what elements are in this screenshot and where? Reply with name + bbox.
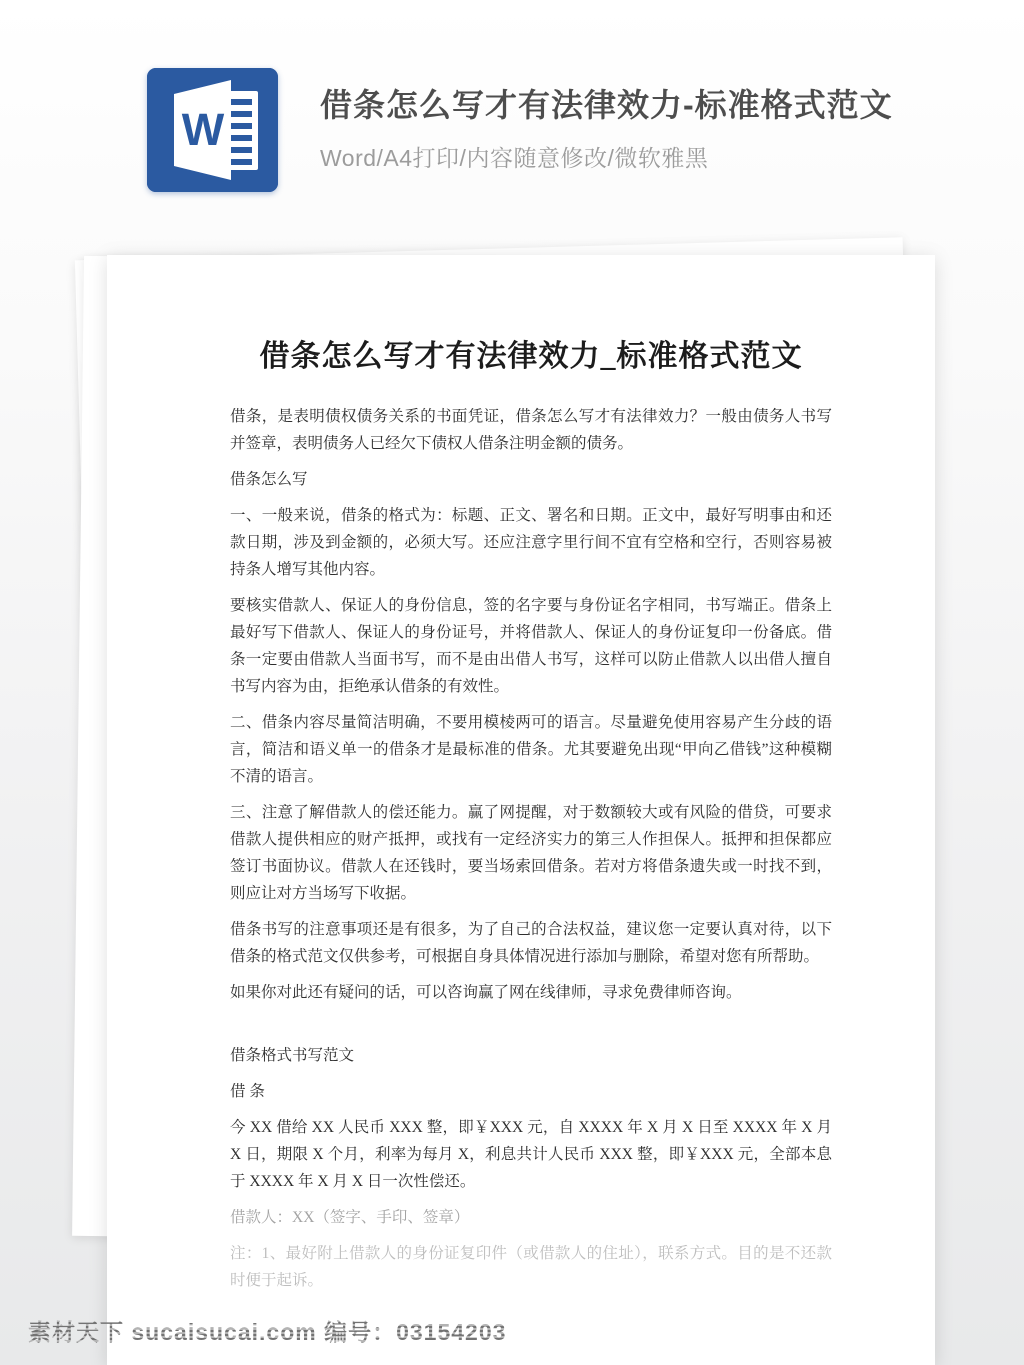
document-paragraph-note-line: 注：1、最好附上借款人的身份证复印件（或借款人的住址），联系方式。目的是不还款时… bbox=[230, 1240, 832, 1294]
document-paragraph-point-2: 二、借条内容尽量简洁明确，不要用模棱两可的语言。尽量避免使用容易产生分歧的语言，… bbox=[230, 709, 832, 790]
document-paragraph-point-3: 三、注意了解借款人的偿还能力。赢了网提醒，对于数额较大或有风险的借贷，可要求借款… bbox=[230, 799, 832, 907]
word-logo-graphic: W bbox=[147, 68, 278, 192]
document-paragraph-iou-body: 今 XX 借给 XX 人民币 XXX 整，即￥XXX 元，自 XXXX 年 X … bbox=[230, 1114, 832, 1195]
document-paragraph-verify-identity: 要核实借款人、保证人的身份信息，签的名字要与身份证名字相同，书写端正。借条上最好… bbox=[230, 592, 832, 700]
header: W 借条怎么写才有法律效力-标准格式范文 Word/A4打印/内容随意修改/微软… bbox=[147, 68, 893, 192]
document-title: 借条怎么写才有法律效力_标准格式范文 bbox=[230, 337, 832, 377]
page-title: 借条怎么写才有法律效力-标准格式范文 bbox=[320, 86, 893, 124]
watermark-footer: 素材天下 sucaisucai.com 编号：03154203 bbox=[28, 1314, 506, 1347]
document-paragraph-borrower-line: 借款人：XX（签字、手印、签章） bbox=[230, 1204, 832, 1231]
document-paragraph-notes: 借条书写的注意事项还是有很多，为了自己的合法权益，建议您一定要认真对待，以下借条… bbox=[230, 916, 832, 970]
word-icon-letter: W bbox=[182, 104, 225, 155]
document-paragraph-point-1: 一、一般来说，借条的格式为：标题、正文、署名和日期。正文中，最好写明事由和还款日… bbox=[230, 502, 832, 583]
document-paragraph-intro: 借条，是表明债权债务关系的书面凭证，借条怎么写才有法律效力？一般由债务人书写并签… bbox=[230, 403, 832, 457]
document-sheet: 借条怎么写才有法律效力_标准格式范文 借条，是表明债权债务关系的书面凭证，借条怎… bbox=[107, 255, 935, 1365]
page-subtitle: Word/A4打印/内容随意修改/微软雅黑 bbox=[320, 140, 893, 173]
word-logo-icon: W bbox=[147, 68, 278, 192]
document-heading-iou: 借 条 bbox=[230, 1078, 832, 1105]
document-heading-how-to-write: 借条怎么写 bbox=[230, 466, 832, 493]
header-text: 借条怎么写才有法律效力-标准格式范文 Word/A4打印/内容随意修改/微软雅黑 bbox=[320, 68, 893, 173]
document-paragraph-consult: 如果你对此还有疑问的话，可以咨询赢了网在线律师，寻求免费律师咨询。 bbox=[230, 979, 832, 1006]
document-heading-sample-format: 借条格式书写范文 bbox=[230, 1042, 832, 1069]
page-background: W 借条怎么写才有法律效力-标准格式范文 Word/A4打印/内容随意修改/微软… bbox=[0, 0, 1024, 1365]
